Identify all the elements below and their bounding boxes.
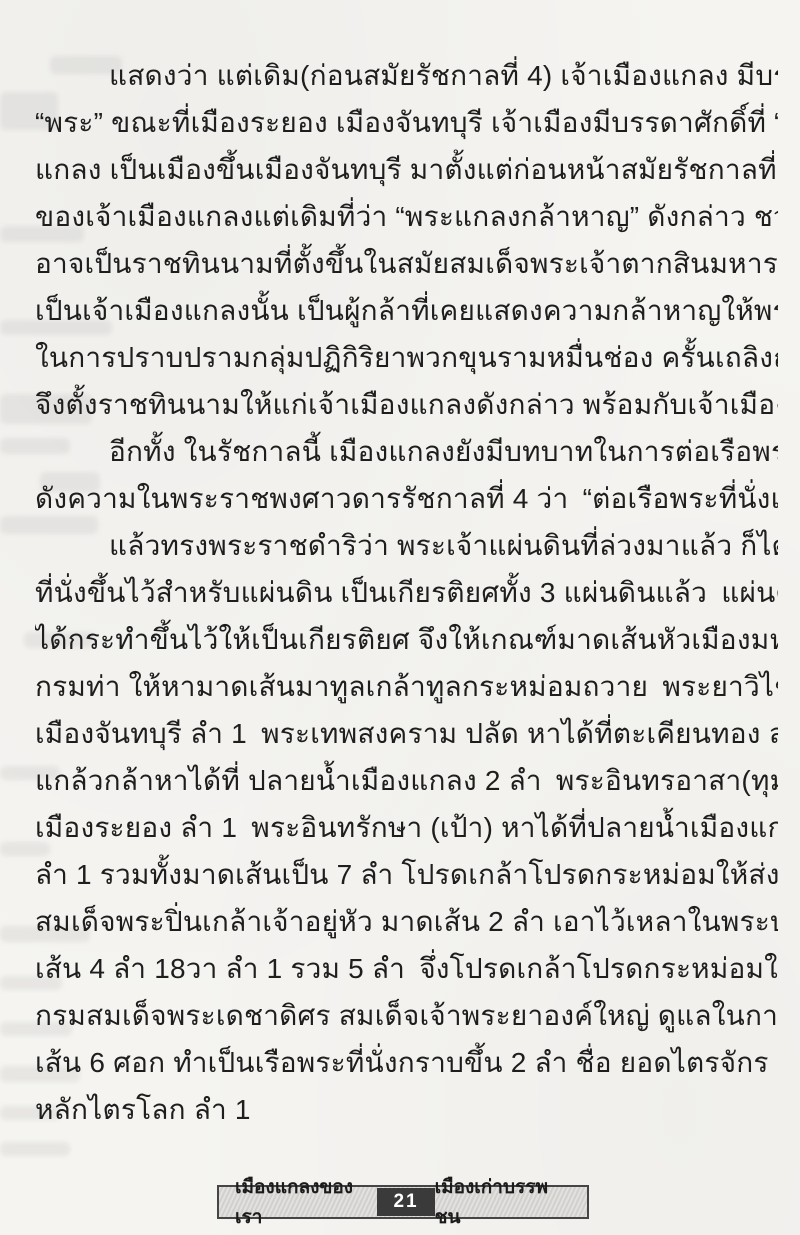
text-line: จึงตั้งราชทินนามให้แก่เจ้าเมืองแกลงดังกล… (35, 381, 778, 428)
text-line: ที่นั่งขึ้นไว้สำหรับแผ่นดิน เป็นเกียรติย… (35, 569, 778, 616)
text-line: สมเด็จพระปิ่นเกล้าเจ้าอยู่หัว มาดเส้น 2 … (35, 898, 778, 945)
text-line: เส้น 6 ศอก ทำเป็นเรือพระที่นั่งกราบขึ้น … (35, 1039, 778, 1086)
text-line: หลักไตรโลก ลำ 1 (35, 1086, 778, 1133)
text-line: เป็นเจ้าเมืองแกลงนั้น เป็นผู้กล้าที่เคยแ… (35, 287, 778, 334)
text-line: แกลง เป็นเมืองขึ้นเมืองจันทบุรี มาตั้งแต… (35, 146, 778, 193)
text-line: อาจเป็นราชทินนามที่ตั้งขึ้นในสมัยสมเด็จพ… (35, 240, 778, 287)
text-line: กรมท่า ให้หามาดเส้นมาทูลเกล้าทูลกระหม่อม… (35, 663, 778, 710)
text-line: ในการปราบปรามกลุ่มปฏิกิริยาพวกขุนรามหมื่… (35, 334, 778, 381)
text-line: ของเจ้าเมืองแกลงแต่เดิมที่ว่า “พระแกลงกล… (35, 193, 778, 240)
footer-left-title: เมืองแกลงของเรา (235, 1172, 377, 1232)
text-line: เมืองระยอง ลำ 1 พระอินทรักษา (เป้า) หาได… (35, 804, 778, 851)
footer-bar: เมืองแกลงของเรา 21 เมืองเก่าบรรพชน (217, 1185, 589, 1219)
text-line: แล้วทรงพระราชดำริว่า พระเจ้าแผ่นดินที่ล่… (35, 522, 778, 569)
text-line: ลำ 1 รวมทั้งมาดเส้นเป็น 7 ลำ โปรดเกล้าโป… (35, 851, 778, 898)
text-line: กรมสมเด็จพระเดชาดิศร สมเด็จเจ้าพระยาองค์… (35, 992, 778, 1039)
text-line: แสดงว่า แต่เดิม(ก่อนสมัยรัชกาลที่ 4) เจ้… (35, 52, 778, 99)
text-line: “พระ” ขณะที่เมืองระยอง เมืองจันทบุรี เจ้… (35, 99, 778, 146)
body-text: แสดงว่า แต่เดิม(ก่อนสมัยรัชกาลที่ 4) เจ้… (35, 52, 778, 1133)
text-line: แกล้วกล้าหาได้ที่ ปลายน้ำเมืองแกลง 2 ลำ … (35, 757, 778, 804)
page-number: 21 (377, 1188, 434, 1217)
text-line: ดังความในพระราชพงศาวดารรัชกาลที่ 4 ว่า “… (35, 475, 778, 522)
footer-right-title: เมืองเก่าบรรพชน (435, 1172, 571, 1232)
scanned-page: แสดงว่า แต่เดิม(ก่อนสมัยรัชกาลที่ 4) เจ้… (0, 0, 800, 1235)
text-line: เมืองจันทบุรี ลำ 1 พระเทพสงคราม ปลัด หาไ… (35, 710, 778, 757)
text-line: อีกทั้ง ในรัชกาลนี้ เมืองแกลงยังมีบทบาทใ… (35, 428, 778, 475)
text-line: เส้น 4 ลำ 18วา ลำ 1 รวม 5 ลำ จึ่งโปรดเกล… (35, 945, 778, 992)
scan-artifact (0, 1142, 70, 1156)
text-line: ได้กระทำขึ้นไว้ให้เป็นเกียรติยศ จึงให้เก… (35, 616, 778, 663)
